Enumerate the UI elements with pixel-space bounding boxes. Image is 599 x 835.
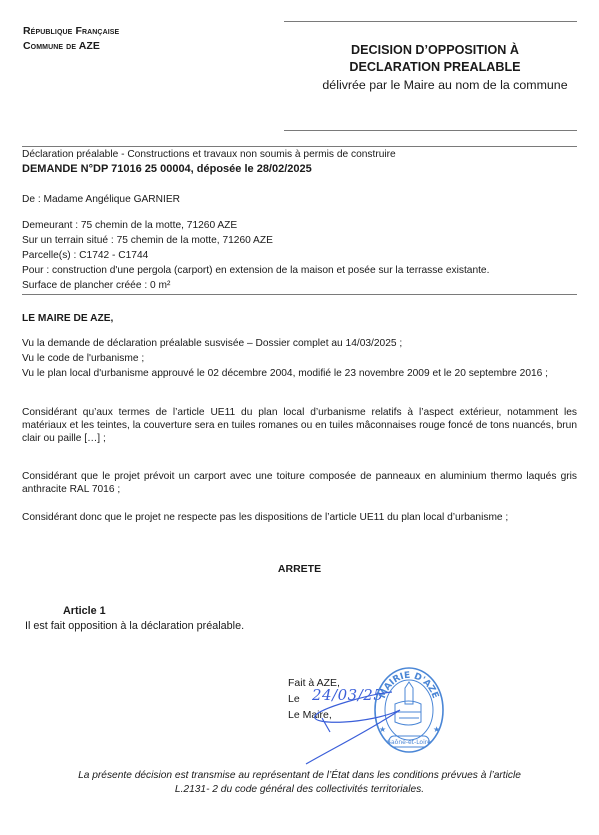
article-1-title: Article 1 xyxy=(63,605,106,618)
request-type: Déclaration préalable - Constructions et… xyxy=(22,149,396,162)
date-label: Le xyxy=(288,692,300,707)
request-bottom-rule xyxy=(22,294,577,295)
vu-demande: Vu la demande de déclaration préalable s… xyxy=(22,338,402,351)
land-location: Sur un terrain situé : 75 chemin de la m… xyxy=(22,235,273,248)
title-line-2: DECLARATION PREALABLE xyxy=(300,59,570,76)
vu-plu: Vu le plan local d'urbanisme approuvé le… xyxy=(22,367,577,380)
republic-label: République Française xyxy=(23,24,119,39)
purpose: Pour : construction d'une pergola (carpo… xyxy=(22,265,489,278)
mayor-signature xyxy=(300,690,440,770)
considerant-projet: Considérant que le projet prévoit un car… xyxy=(22,470,577,496)
applicant: De : Madame Angélique GARNIER xyxy=(22,194,180,207)
arrete-heading: ARRETE xyxy=(0,563,599,575)
considerant-conclusion: Considérant donc que le projet ne respec… xyxy=(22,512,508,525)
commune-label: Commune de AZE xyxy=(23,39,119,54)
footer-line-1: La présente décision est transmise au re… xyxy=(0,769,599,783)
title-top-rule xyxy=(284,21,577,22)
request-number: DEMANDE N°DP 71016 25 00004, déposée le … xyxy=(22,163,312,176)
issuer-block: République Française Commune de AZE xyxy=(23,24,119,54)
mayor-heading: LE MAIRE DE AZE, xyxy=(22,313,113,326)
article-1-text: Il est fait opposition à la déclaration … xyxy=(25,620,244,633)
residence: Demeurant : 75 chemin de la motte, 71260… xyxy=(22,220,237,233)
document-title: DECISION D’OPPOSITION À DECLARATION PREA… xyxy=(300,42,570,76)
floor-area: Surface de plancher créée : 0 m² xyxy=(22,280,170,293)
document-subtitle: délivrée par le Maire au nom de la commu… xyxy=(300,78,590,92)
vu-code: Vu le code de l'urbanisme ; xyxy=(22,353,144,366)
considerant-ue11: Considérant qu’aux termes de l’article U… xyxy=(22,406,577,446)
parcels: Parcelle(s) : C1742 - C1744 xyxy=(22,250,148,263)
request-top-rule xyxy=(22,146,577,147)
title-bottom-rule xyxy=(284,130,577,131)
footer-notice: La présente décision est transmise au re… xyxy=(0,769,599,797)
title-line-1: DECISION D’OPPOSITION À xyxy=(300,42,570,59)
footer-line-2: L.2131- 2 du code général des collectivi… xyxy=(0,783,599,797)
